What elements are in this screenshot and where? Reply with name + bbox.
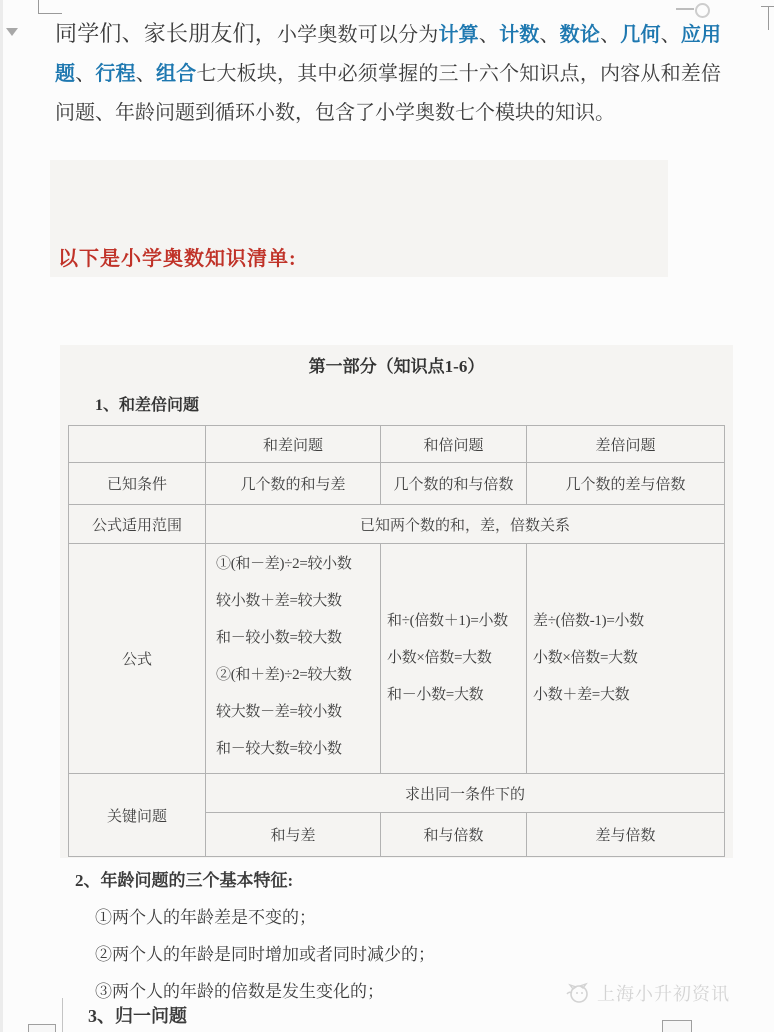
text-boundary-mark-topleft xyxy=(38,0,39,13)
knowledge-list-heading: 以下是小学奥数知识清单: xyxy=(58,242,297,271)
formula-line: 小数×倍数=大数 xyxy=(533,640,724,677)
intro-term: 组合 xyxy=(156,63,196,85)
known-cell: 几个数的和与差 xyxy=(206,463,381,505)
key-cell: 差与倍数 xyxy=(527,813,725,857)
intro-term: 计数 xyxy=(499,24,539,46)
formula-cell-sum-diff: ①(和－差)÷2=较小数较小数＋差=较大数和－较小数=较大数②(和＋差)÷2=较… xyxy=(206,544,381,774)
page-edge-strip xyxy=(0,0,3,1032)
key-cell: 和与倍数 xyxy=(381,813,527,857)
row-label-known: 已知条件 xyxy=(69,463,206,505)
text-boundary-mark-bottomleft xyxy=(62,998,63,1032)
formula-line: 和－较大数=较小数 xyxy=(216,731,380,768)
formula-cell-sum-multiple: 和÷(倍数＋1)=小数小数×倍数=大数和－小数=大数 xyxy=(381,544,527,774)
topic-1-heading: 1、和差倍问题 xyxy=(95,392,199,415)
col-header-diff-multiple: 差倍问题 xyxy=(527,426,725,463)
formula-line: ②(和＋差)÷2=较大数 xyxy=(216,657,380,694)
intro-term: 行程 xyxy=(95,63,135,85)
age-feature-1: ①两个人的年龄差是不变的； xyxy=(95,903,316,928)
formula-line: 较大数－差=较小数 xyxy=(216,694,380,731)
intro-pre: 小学奥数可以分为 xyxy=(277,24,439,46)
scope-cell: 已知两个数的和，差，倍数关系 xyxy=(206,505,725,544)
knowledge-table: 和差问题 和倍问题 差倍问题 已知条件 几个数的和与差 几个数的和与倍数 几个数… xyxy=(68,425,725,857)
text-boundary-mark-topright xyxy=(676,8,694,10)
page-corner-mark-right-h xyxy=(761,6,774,7)
known-cell: 几个数的和与倍数 xyxy=(381,463,527,505)
key-condition-cell: 求出同一条件下的 xyxy=(206,774,725,813)
watermark-text: 上海小升初资讯 xyxy=(597,980,730,1006)
formula-line: 和－较小数=较大数 xyxy=(216,620,380,657)
topic-3-heading: 3、归一问题 xyxy=(88,1002,187,1028)
highlight-panel: 以下是小学奥数知识清单: xyxy=(50,160,668,277)
page-corner-mark-right xyxy=(768,6,769,30)
formula-line: 和÷(倍数＋1)=小数 xyxy=(387,603,526,640)
formula-line: 小数＋差=大数 xyxy=(533,677,724,714)
age-feature-3: ③两个人的年龄的倍数是发生变化的； xyxy=(95,977,384,1002)
formula-line: 小数×倍数=大数 xyxy=(387,640,526,677)
row-label-formula: 公式 xyxy=(69,544,206,774)
intro-paragraph: 同学们、家长朋友们，小学奥数可以分为计算、计数、数论、几何、应用题、行程、组合七… xyxy=(55,14,721,133)
section-title: 第一部分（知识点1-6） xyxy=(60,352,733,377)
document-page: 同学们、家长朋友们，小学奥数可以分为计算、计数、数论、几何、应用题、行程、组合七… xyxy=(0,0,774,1032)
intro-term: 几何 xyxy=(620,24,660,46)
watermark: 上海小升初资讯 xyxy=(565,980,760,1006)
formula-line: 差÷(倍数-1)=小数 xyxy=(533,603,724,640)
intro-lead: 同学们、家长朋友们， xyxy=(55,21,277,46)
formula-line: 较小数＋差=较大数 xyxy=(216,583,380,620)
formula-line: 和－小数=大数 xyxy=(387,677,526,714)
row-label-scope: 公式适用范围 xyxy=(69,505,206,544)
col-header-sum-diff: 和差问题 xyxy=(206,426,381,463)
key-cell: 和与差 xyxy=(206,813,381,857)
formula-line: ①(和－差)÷2=较小数 xyxy=(216,546,380,583)
table-corner-cell xyxy=(69,426,206,463)
col-header-sum-multiple: 和倍问题 xyxy=(381,426,527,463)
cutoff-box-bottom-left xyxy=(28,1024,56,1032)
formula-cell-diff-multiple: 差÷(倍数-1)=小数小数×倍数=大数小数＋差=大数 xyxy=(527,544,725,774)
known-cell: 几个数的差与倍数 xyxy=(527,463,725,505)
watermark-mascot-icon xyxy=(565,982,591,1004)
age-feature-2: ②两个人的年龄是同时增加或者同时减少的； xyxy=(95,940,435,965)
intro-term: 计算 xyxy=(438,24,478,46)
topic-2-heading: 2、年龄问题的三个基本特征: xyxy=(75,866,293,891)
row-label-key: 关键问题 xyxy=(69,774,206,857)
outline-collapse-icon[interactable] xyxy=(6,28,18,36)
cutoff-box-bottom-right xyxy=(662,1020,692,1032)
intro-term: 数论 xyxy=(560,24,600,46)
table-panel: 第一部分（知识点1-6） 1、和差倍问题 和差问题 和倍问题 差倍问题 已知条件… xyxy=(60,345,733,858)
